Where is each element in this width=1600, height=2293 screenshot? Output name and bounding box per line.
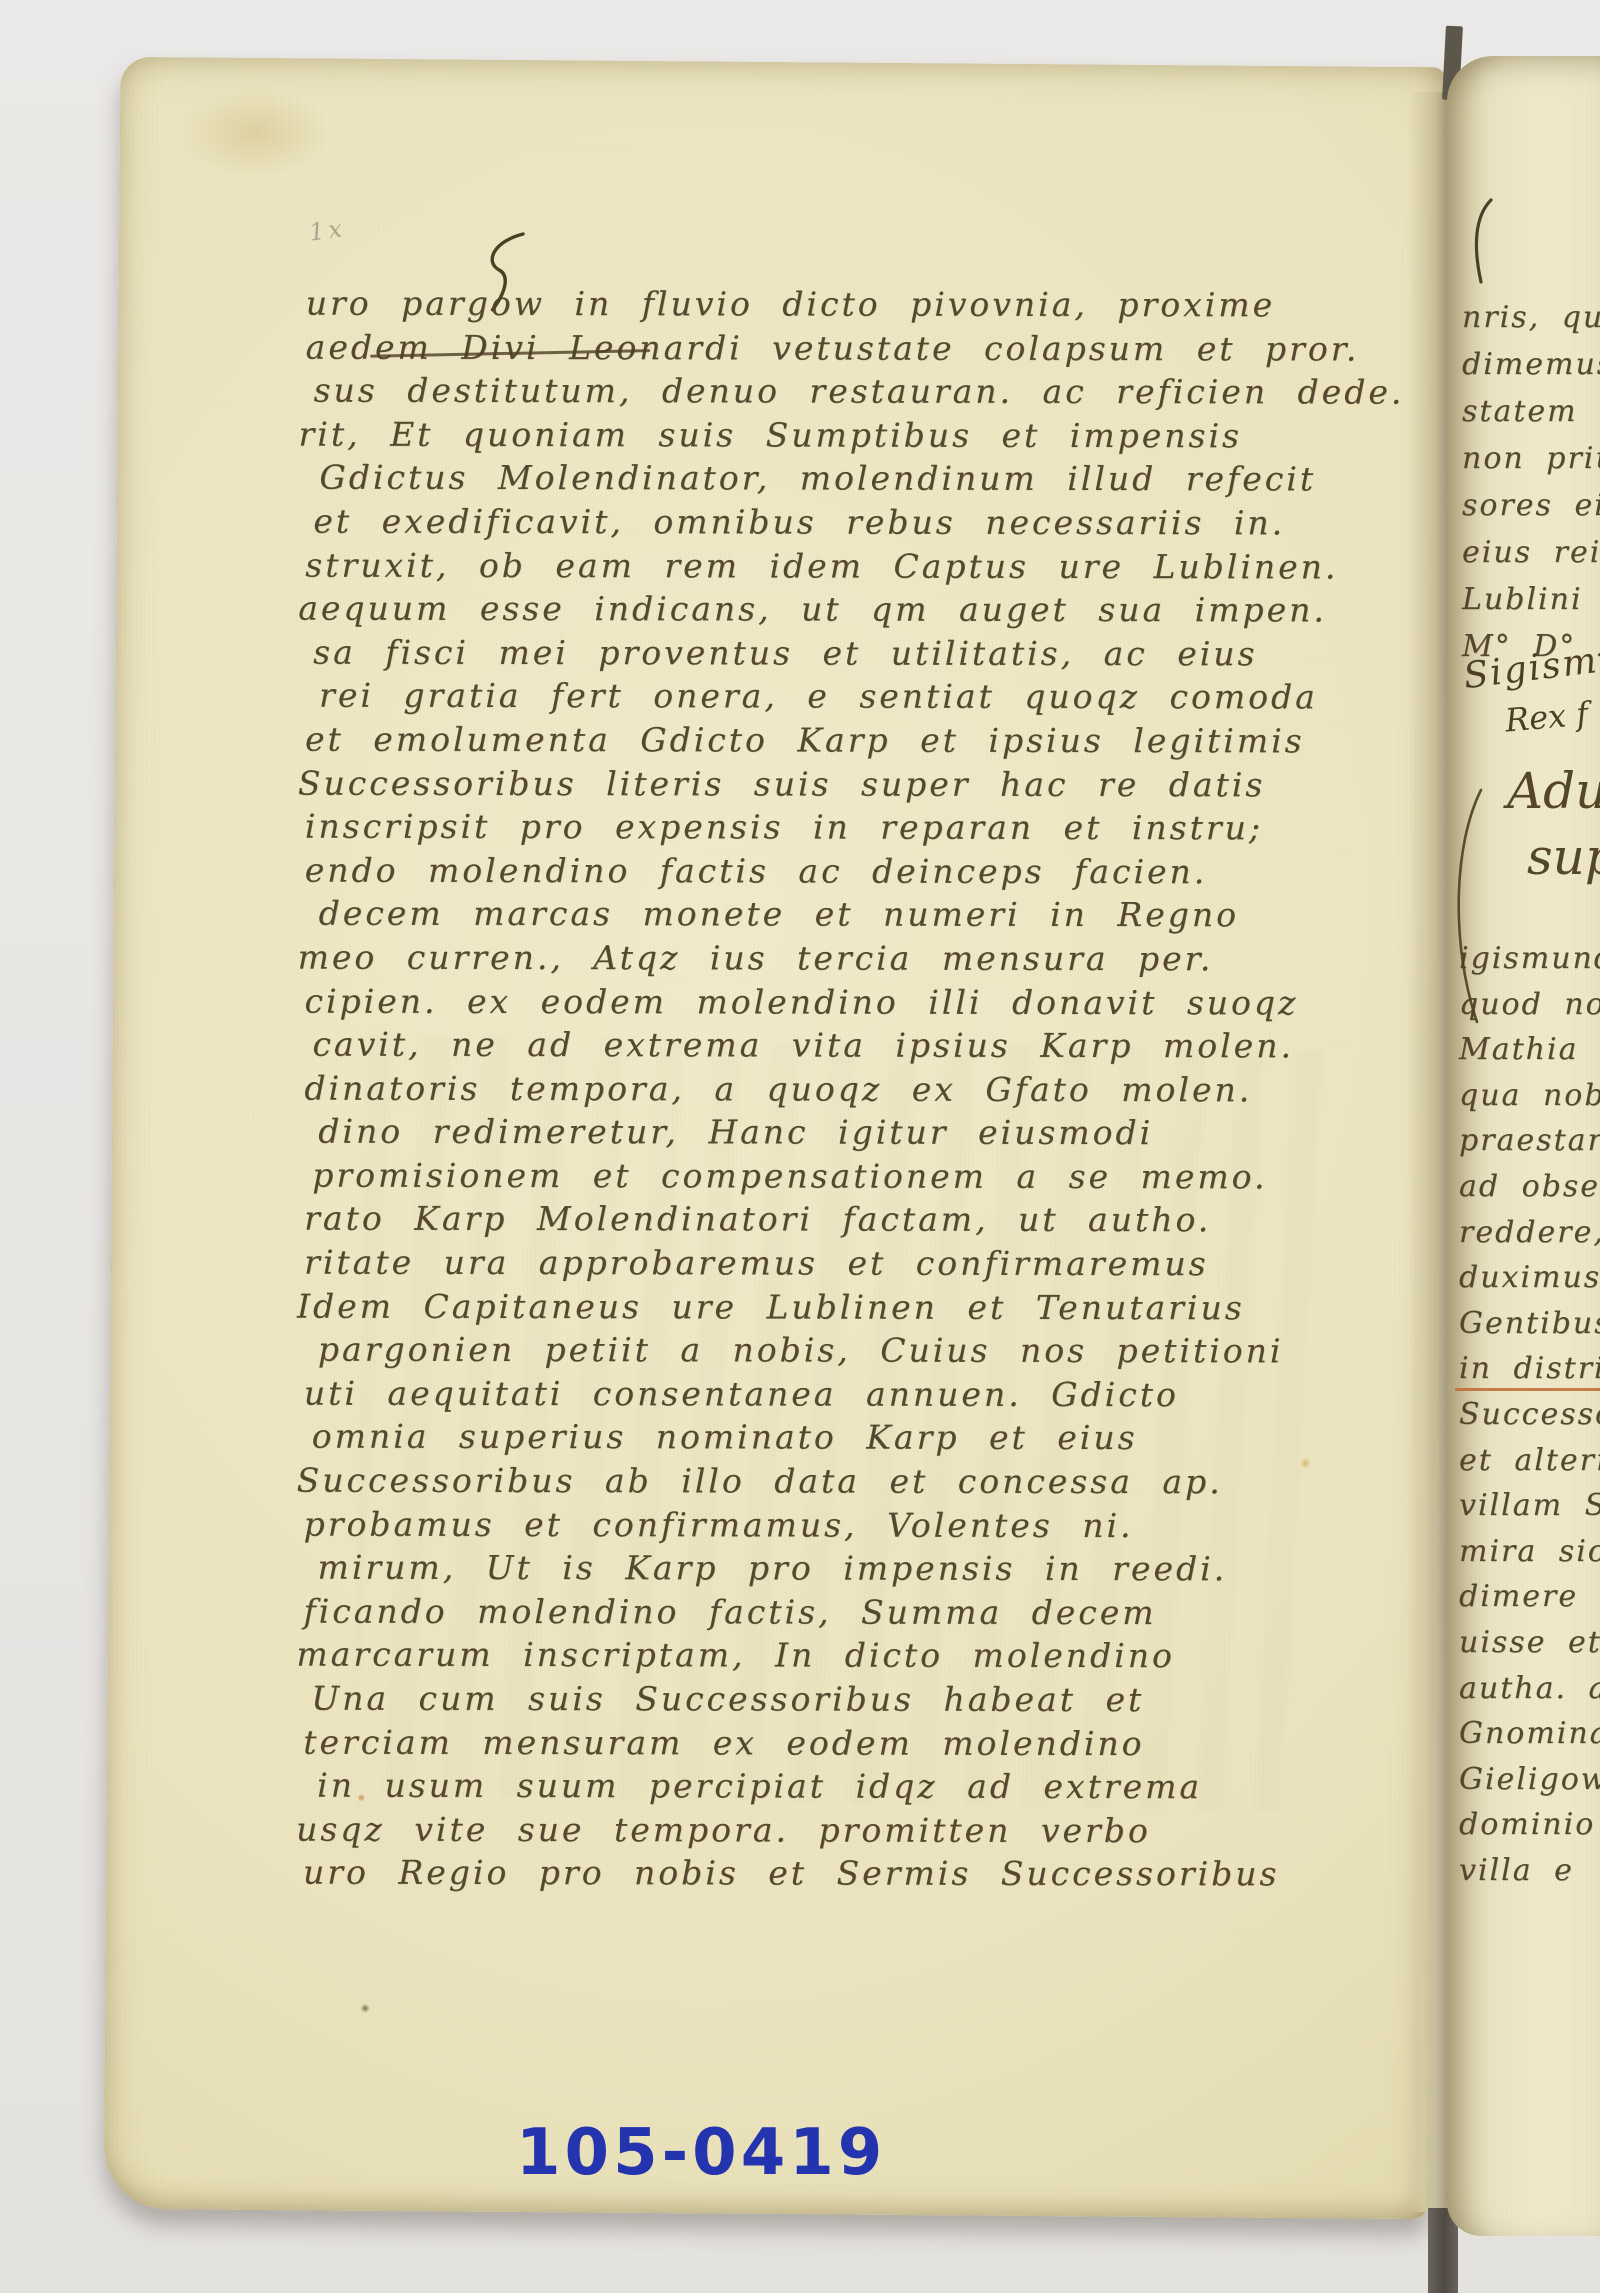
- manuscript-line-fragment: villa e: [1459, 1848, 1600, 1894]
- manuscript-line: aedem Divi Leonardi vetustate colapsum e…: [306, 325, 1396, 370]
- manuscript-line-fragment: in districtu: [1459, 1346, 1600, 1392]
- manuscript-line: Successoribus ab illo data et concessa a…: [297, 1459, 1394, 1505]
- manuscript-line: rato Karp Molendinatori factam, ut autho…: [304, 1197, 1394, 1242]
- manuscript-line-fragment: ad obsequia: [1459, 1164, 1600, 1210]
- manuscript-line: terciam mensuram ex eodem molendino: [303, 1720, 1393, 1765]
- manuscript-line: marcarum inscriptam, In dicto molendino: [296, 1633, 1393, 1679]
- manuscript-line: mirum, Ut is Karp pro impensis in reedi.: [318, 1546, 1394, 1591]
- manuscript-line-fragment: Gnomina: [1459, 1711, 1600, 1757]
- manuscript-line: uti aequitati consentanea annuen. Gdicto: [304, 1371, 1394, 1416]
- manuscript-line-fragment: Successorum: [1459, 1392, 1600, 1438]
- right-page-text-fragments-top: nris, quod neqdimemus, nstatem concessno…: [1462, 294, 1600, 670]
- manuscript-line: promisionem et compensationem a se memo.: [312, 1154, 1394, 1199]
- manuscript-line-fragment: dominio: [1459, 1802, 1600, 1848]
- manuscript-line-fragment: Gieligows: [1459, 1757, 1600, 1803]
- manuscript-line-fragment: dimere n: [1459, 1574, 1600, 1620]
- manuscript-line: dino redimeretur, Hanc igitur eiusmodi: [318, 1110, 1394, 1155]
- manuscript-line-fragment: Mathia Gr: [1459, 1027, 1600, 1073]
- red-underline-stroke: [1455, 1388, 1600, 1391]
- manuscript-line-fragment: statem concess: [1462, 388, 1600, 435]
- manuscript-line-fragment: reddere, ill: [1459, 1210, 1600, 1256]
- manuscript-line: cipien. ex eodem molendino illi donavit …: [305, 979, 1395, 1024]
- section-heading-fragment: Adui: [1507, 762, 1600, 820]
- manuscript-line: in usum suum percipiat idqz ad extrema: [317, 1764, 1393, 1809]
- manuscript-text-block: uro pargow in fluvio dicto pivovnia, pro…: [303, 282, 1396, 1897]
- section-heading-fragment: supe: [1527, 828, 1600, 886]
- manuscript-line: sa fisci mei proventus et utilitatis, ac…: [313, 630, 1395, 675]
- manuscript-line: Idem Capitaneus ure Lublinen et Tenutari…: [297, 1284, 1394, 1330]
- manuscript-line: rit, Et quoniam suis Sumptibus et impens…: [298, 412, 1395, 458]
- manuscript-line-fragment: qua nobis: [1459, 1073, 1600, 1119]
- manuscript-line: usqz vite sue tempora. promitten verbo: [296, 1807, 1393, 1853]
- manuscript-line: et exedificavit, omnibus rebus necessari…: [313, 500, 1395, 545]
- manuscript-line: Successoribus literis suis super hac re …: [298, 761, 1395, 807]
- manuscript-line: ritate ura approbaremus et confirmaremus: [304, 1241, 1394, 1286]
- manuscript-scan-background: 1x uro pargow in fluvio dicto pivovnia, …: [0, 0, 1600, 2293]
- pencil-foliation-mark: 1x: [307, 214, 347, 247]
- manuscript-line-fragment: praestare n: [1459, 1118, 1600, 1164]
- manuscript-line-fragment: et alterm: [1459, 1438, 1600, 1484]
- manuscript-line: uro Regio pro nobis et Sermis Successori…: [303, 1851, 1393, 1896]
- right-page-text-fragments-body: igismunduquod nosMathia Grqua nobispraes…: [1459, 936, 1600, 1893]
- parchment-stain: [180, 87, 331, 178]
- manuscript-right-page: nris, quod neqdimemus, nstatem concessno…: [1447, 56, 1600, 2236]
- manuscript-line: ficando molendino factis, Summa decem: [303, 1589, 1393, 1634]
- manuscript-left-page: 1x uro pargow in fluvio dicto pivovnia, …: [104, 57, 1447, 2219]
- royal-signature-fragment: Rex f: [1504, 694, 1590, 739]
- manuscript-line-fragment: villam Sa: [1459, 1483, 1600, 1529]
- manuscript-line-fragment: quod nos: [1459, 982, 1600, 1028]
- manuscript-line-fragment: dimemus, n: [1462, 341, 1600, 388]
- manuscript-line: sus destitutum, denuo restauran. ac refi…: [314, 369, 1396, 414]
- manuscript-line: endo molendino factis ac deinceps facien…: [305, 848, 1395, 893]
- manuscript-line: probamus et confirmamus, Volentes ni.: [304, 1502, 1394, 1547]
- manuscript-line: inscripsit pro expensis in reparan et in…: [305, 805, 1395, 850]
- manuscript-line: omnia superius nominato Karp et eius: [312, 1415, 1394, 1460]
- manuscript-line-fragment: non prius n: [1462, 435, 1600, 482]
- manuscript-line-fragment: sores eius m: [1462, 482, 1600, 529]
- manuscript-line-fragment: eius rei fi: [1462, 529, 1600, 576]
- manuscript-line-fragment: Gentibus v: [1459, 1301, 1600, 1347]
- manuscript-line: rei gratia fert onera, e sentiat quoqz c…: [319, 674, 1395, 719]
- manuscript-line: decem marcas monete et numeri in Regno: [319, 892, 1395, 937]
- manuscript-line: uro pargow in fluvio dicto pivovnia, pro…: [306, 282, 1396, 327]
- page-gutter-edge: [1408, 92, 1448, 2212]
- manuscript-line-fragment: uisse et l: [1459, 1620, 1600, 1666]
- manuscript-line-fragment: duximus,: [1459, 1255, 1600, 1301]
- manuscript-line: Gdictus Molendinator, molendinum illud r…: [319, 456, 1395, 501]
- manuscript-line: pargonien petiit a nobis, Cuius nos peti…: [318, 1328, 1394, 1373]
- manuscript-line-fragment: igismundu: [1459, 936, 1600, 982]
- manuscript-line-fragment: mira sic: [1459, 1529, 1600, 1575]
- manuscript-line: Una cum suis Successoribus habeat et: [311, 1677, 1393, 1722]
- manuscript-line-fragment: autha. a: [1459, 1666, 1600, 1712]
- manuscript-line: et emolumenta Gdicto Karp et ipsius legi…: [305, 718, 1395, 763]
- manuscript-line: struxit, ob eam rem idem Captus ure Lubl…: [305, 543, 1395, 588]
- manuscript-line: meo curren., Atqz ius tercia mensura per…: [298, 936, 1395, 982]
- manuscript-line-fragment: Lublini die: [1462, 576, 1600, 623]
- ink-fleck: [360, 2004, 370, 2013]
- manuscript-line-fragment: nris, quod neq: [1462, 294, 1600, 341]
- catalog-number-label: 105-0419: [516, 2116, 886, 2190]
- manuscript-line: dinatoris tempora, a quoqz ex Gfato mole…: [304, 1066, 1394, 1111]
- manuscript-line: aequum esse indicans, ut qm auget sua im…: [298, 587, 1395, 633]
- opening-flourish-mark: [1461, 196, 1501, 286]
- manuscript-line: cavit, ne ad extrema vita ipsius Karp mo…: [312, 1023, 1394, 1068]
